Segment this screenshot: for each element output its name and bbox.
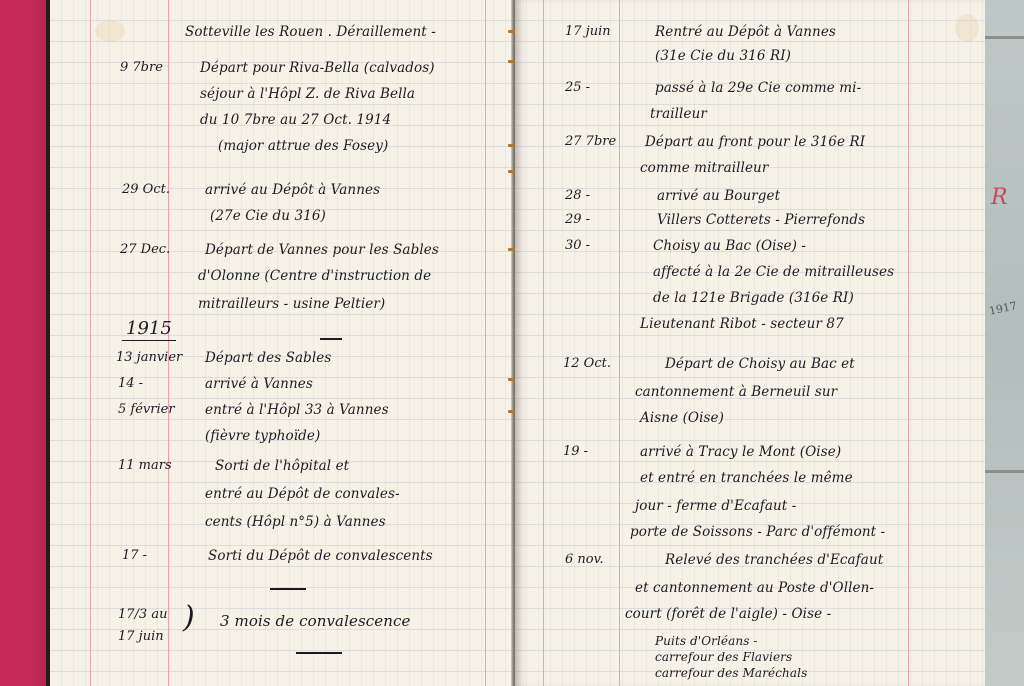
entry-date: 25 - xyxy=(565,80,590,95)
diary-line: Choisy au Bac (Oise) - xyxy=(653,238,806,254)
diary-line: Sotteville les Rouen . Déraillement - xyxy=(185,24,436,40)
diary-line: Lieutenant Ribot - secteur 87 xyxy=(640,316,844,332)
diary-line: mitrailleurs - usine Peltier) xyxy=(198,296,385,312)
diary-line: arrivé au Bourget xyxy=(657,188,780,204)
entry-date: 29 Oct. xyxy=(122,182,170,197)
entry-date: 14 - xyxy=(118,376,143,391)
diary-line: de la 121e Brigade (316e RI) xyxy=(653,290,854,306)
entry-date: 27 Dec. xyxy=(120,242,170,257)
margin-line xyxy=(485,0,486,686)
year-heading: 1915 xyxy=(122,318,176,341)
entry-date: 13 janvier xyxy=(116,350,182,365)
paper-stain xyxy=(955,14,979,42)
diary-line: et entré en tranchées le même xyxy=(640,470,853,486)
diary-line: carrefour des Flaviers xyxy=(655,650,792,664)
diary-line: Départ des Sables xyxy=(205,350,331,366)
entry-date: 17/3 au 17 juin xyxy=(118,604,167,648)
diary-line: (major attrue des Fosey) xyxy=(218,138,388,154)
entry-date: 29 - xyxy=(565,212,590,227)
diary-line: (27e Cie du 316) xyxy=(210,208,326,224)
entry-date: 17 - xyxy=(122,548,147,563)
diary-line: Départ pour Riva-Bella (calvados) xyxy=(200,60,435,76)
diary-line: d'Olonne (Centre d'instruction de xyxy=(198,268,431,284)
background-document: R 1917 xyxy=(985,0,1024,686)
closing-brace: ) xyxy=(183,600,195,635)
separator-dash xyxy=(270,588,306,590)
diary-line: affecté à la 2e Cie de mitrailleuses xyxy=(653,264,894,280)
entry-date: 6 nov. xyxy=(565,552,604,567)
diary-line: Aisne (Oise) xyxy=(640,410,724,426)
diary-line: arrivé au Dépôt à Vannes xyxy=(205,182,380,198)
diary-line: arrivé à Vannes xyxy=(205,376,313,392)
diary-line: Rentré au Dépôt à Vannes xyxy=(655,24,836,40)
backdrop-red-letter: R xyxy=(991,185,1008,210)
diary-line: entré à l'Hôpl 33 à Vannes xyxy=(205,402,389,418)
diary-line: court (forêt de l'aigle) - Oise - xyxy=(625,606,831,622)
entry-date: 27 7bre xyxy=(565,134,616,149)
paper-stain xyxy=(95,20,125,42)
diary-line: Relevé des tranchées d'Ecafaut xyxy=(665,552,883,568)
diary-line: carrefour des Maréchals xyxy=(655,666,807,680)
diary-line: et cantonnement au Poste d'Ollen- xyxy=(635,580,874,596)
entry-date: 30 - xyxy=(565,238,590,253)
backdrop-rule xyxy=(985,36,1024,39)
entry-date: 19 - xyxy=(563,444,588,459)
margin-line xyxy=(908,0,909,686)
diary-line: Départ au front pour le 316e RI xyxy=(645,134,865,150)
diary-line: Départ de Choisy au Bac et xyxy=(665,356,855,372)
entry-date: 12 Oct. xyxy=(563,356,611,371)
diary-line: Sorti de l'hôpital et xyxy=(215,458,349,474)
diary-line: entré au Dépôt de convales- xyxy=(205,486,400,502)
diary-line: du 10 7bre au 27 Oct. 1914 xyxy=(200,112,391,128)
diary-line: cents (Hôpl n°5) à Vannes xyxy=(205,514,386,530)
margin-line xyxy=(90,0,91,686)
diary-line: cantonnement à Berneuil sur xyxy=(635,384,837,400)
diary-line: passé à la 29e Cie comme mi- xyxy=(655,80,861,96)
diary-line: trailleur xyxy=(650,106,707,122)
right-page: 17 juin Rentré au Dépôt à Vannes (31e Ci… xyxy=(515,0,985,686)
diary-line: Sorti du Dépôt de convalescents xyxy=(208,548,433,564)
diary-line: (31e Cie du 316 RI) xyxy=(655,48,791,64)
entry-date: 17 juin xyxy=(565,24,611,39)
notebook-cover-red xyxy=(0,0,48,686)
separator-dash xyxy=(296,652,342,654)
left-page: Sotteville les Rouen . Déraillement - 9 … xyxy=(50,0,515,686)
diary-line: Départ de Vannes pour les Sables xyxy=(205,242,439,258)
diary-line: Villers Cotterets - Pierrefonds xyxy=(657,212,865,228)
diary-line: séjour à l'Hôpl Z. de Riva Bella xyxy=(200,86,415,102)
margin-line xyxy=(619,0,620,686)
diary-line: porte de Soissons - Parc d'offémont - xyxy=(630,524,885,540)
entry-date: 28 - xyxy=(565,188,590,203)
margin-line xyxy=(543,0,544,686)
entry-date: 5 février xyxy=(118,402,175,417)
entry-date: 9 7bre xyxy=(120,60,163,75)
margin-line xyxy=(168,0,169,686)
entry-date: 11 mars xyxy=(118,458,172,473)
backdrop-year: 1917 xyxy=(988,299,1018,318)
diary-line: (fièvre typhoïde) xyxy=(205,428,320,444)
separator-dash xyxy=(320,338,342,340)
diary-line: jour - ferme d'Ecafaut - xyxy=(635,498,796,514)
diary-line: comme mitrailleur xyxy=(640,160,768,176)
backdrop-rule xyxy=(985,470,1024,473)
diary-line: 3 mois de convalescence xyxy=(220,612,410,630)
diary-line: Puits d'Orléans - xyxy=(655,634,758,648)
diary-line: arrivé à Tracy le Mont (Oise) xyxy=(640,444,841,460)
